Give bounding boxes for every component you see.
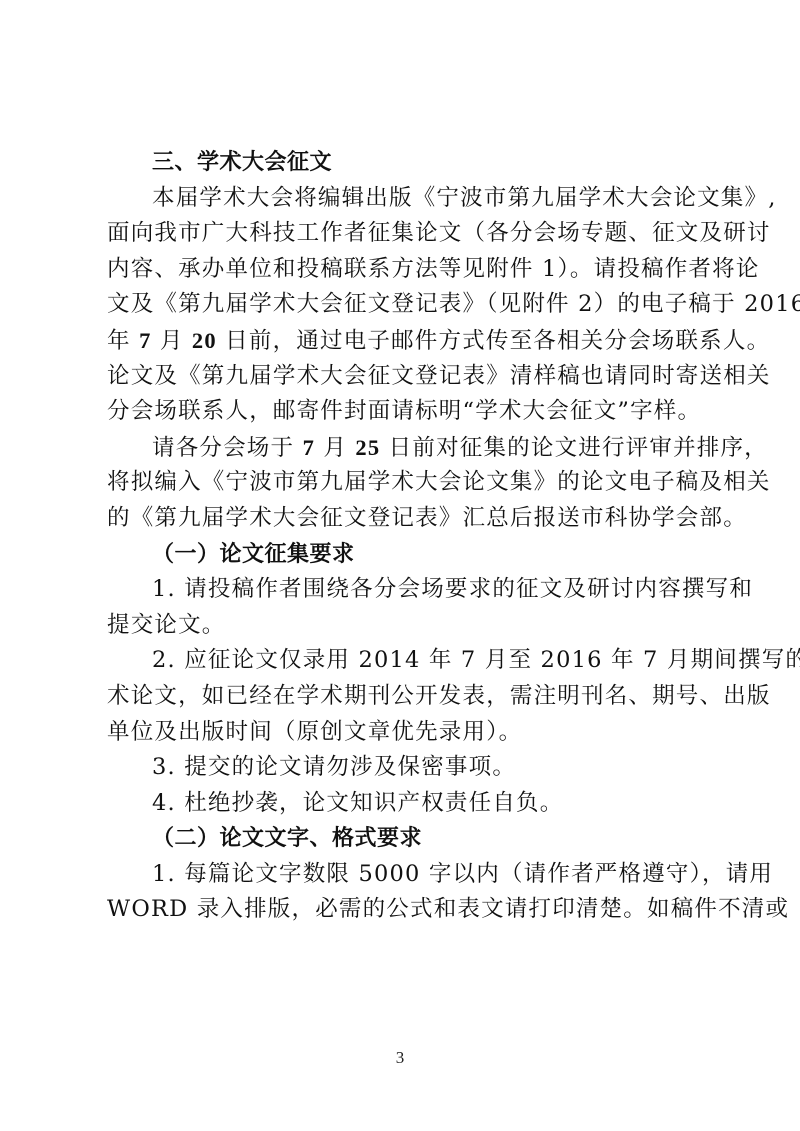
list-item: 4. 杜绝抄袭，论文知识产权责任自负。 [107,786,701,822]
text: 年 [107,328,139,354]
paragraph-line: 文及《第九届学术大会征文登记表》（见附件 2）的电子稿于 2016 [107,287,701,323]
review-month: 7 [303,435,315,460]
list-item-cont: WORD 录入排版，必需的公式和表文请打印清楚。如稿件不清或 [107,892,701,928]
review-day: 25 [355,435,380,460]
paragraph-line-review-deadline: 请各分会场于 7 月 25 日前对征集的论文进行评审并排序， [107,430,701,466]
list-item: 1. 每篇论文字数限 5000 字以内（请作者严格遵守），请用 [107,857,701,893]
paragraph-line: 本届学术大会将编辑出版《宁波市第九届学术大会论文集》, [107,181,701,217]
paragraph-line: 分会场联系人，邮寄件封面请标明“学术大会征文”字样。 [107,394,701,430]
deadline-month: 7 [139,328,151,353]
list-item-cont: 单位及出版时间（原创文章优先录用）。 [107,715,701,751]
list-item: 1. 请投稿作者围绕各分会场要求的征文及研讨内容撰写和 [107,572,701,608]
list-item: 3. 提交的论文请勿涉及保密事项。 [107,750,701,786]
document-page: 三、学术大会征文 本届学术大会将编辑出版《宁波市第九届学术大会论文集》, 面向我… [107,145,701,928]
text: 日前对征集的论文进行评审并排序， [380,435,768,461]
deadline-day: 20 [192,328,217,353]
paragraph-line: 的《第九届学术大会征文登记表》汇总后报送市科协学会部。 [107,501,701,537]
paragraph-line: 内容、承办单位和投稿联系方法等见附件 1）。请投稿作者将论 [107,252,701,288]
subsection-title-2: （二）论文文字、格式要求 [107,821,701,857]
paragraph-line: 将拟编入《宁波市第九届学术大会论文集》的论文电子稿及相关 [107,465,701,501]
list-item-cont: 术论文，如已经在学术期刊公开发表，需注明刊名、期号、出版 [107,679,701,715]
section-title: 三、学术大会征文 [107,145,701,181]
text: 请各分会场于 [152,435,303,461]
text: 日前，通过电子邮件方式传至各相关分会场联系人。 [217,328,770,354]
paragraph-line-deadline: 年 7 月 20 日前，通过电子邮件方式传至各相关分会场联系人。 [107,323,701,359]
subsection-title-1: （一）论文征集要求 [107,537,701,573]
list-item-cont: 提交论文。 [107,608,701,644]
text: 月 [315,435,355,461]
paragraph-line: 面向我市广大科技工作者征集论文（各分会场专题、征文及研讨 [107,216,701,252]
page-number: 3 [0,1048,800,1068]
list-item: 2. 应征论文仅录用 2014 年 7 月至 2016 年 7 月期间撰写的学 [107,643,701,679]
text: 月 [152,328,192,354]
paragraph-line: 论文及《第九届学术大会征文登记表》清样稿也请同时寄送相关 [107,359,701,395]
